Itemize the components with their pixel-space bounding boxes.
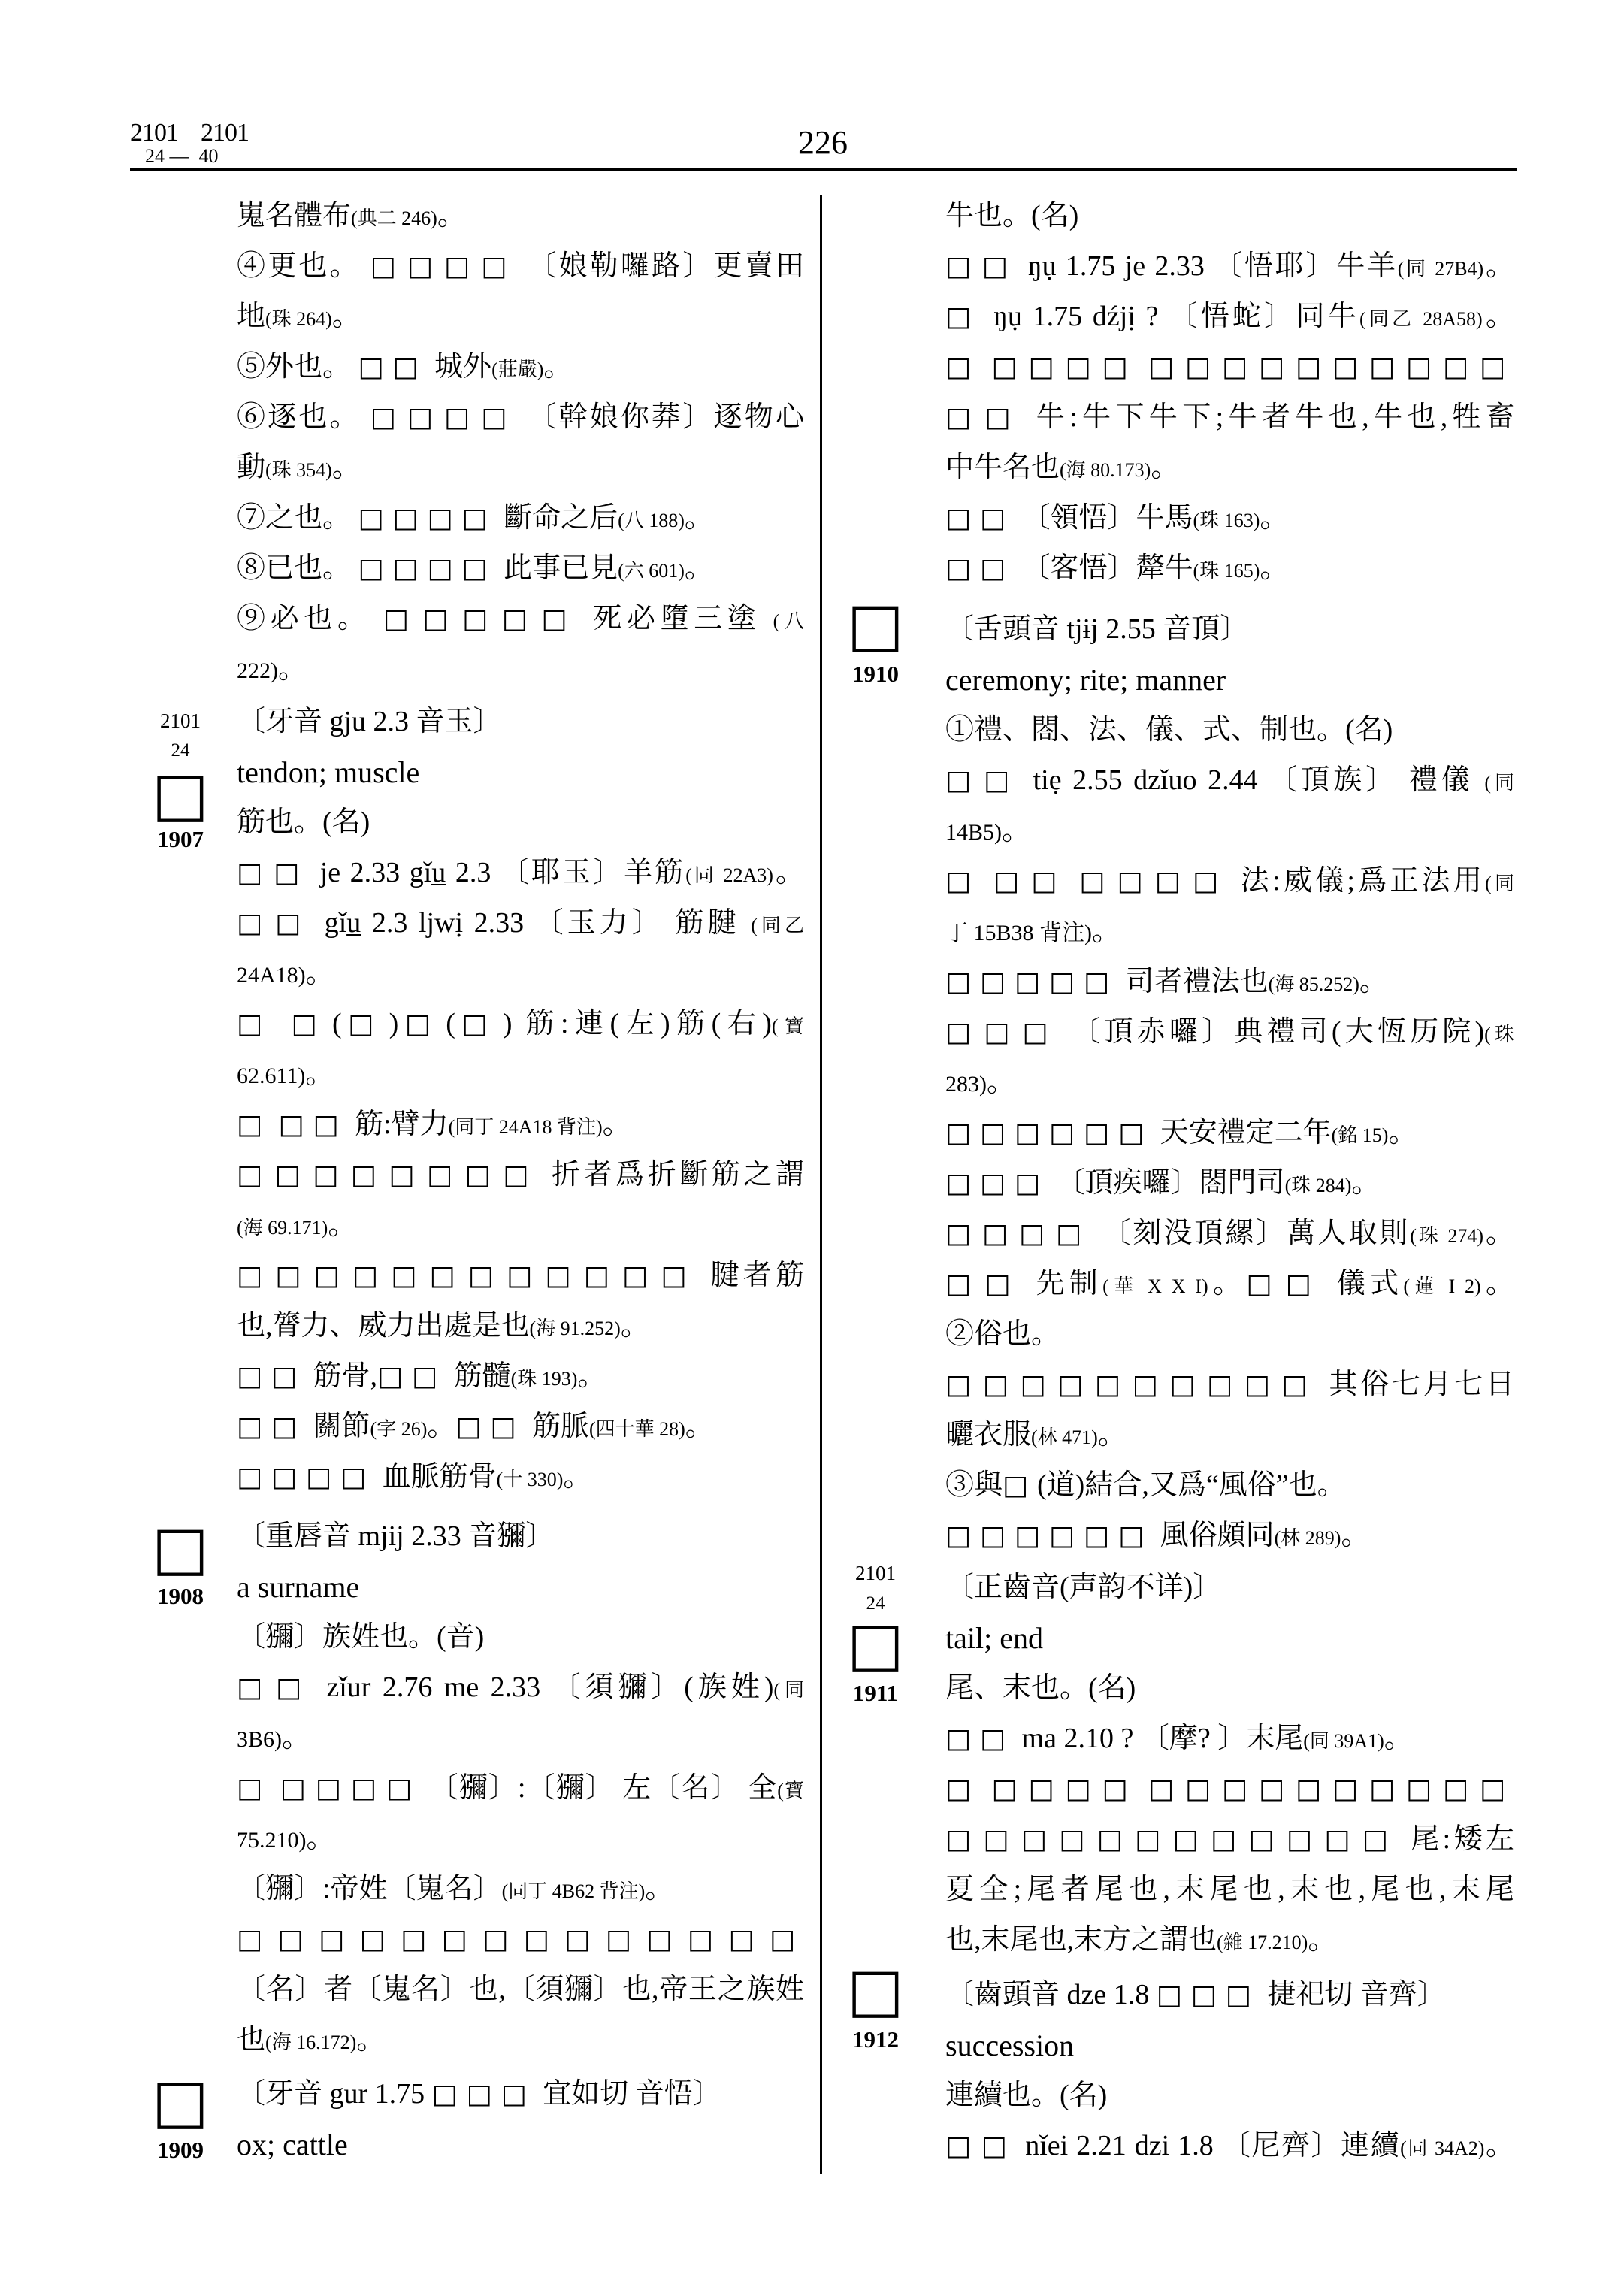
source-citation: (海 80.173) bbox=[1060, 459, 1151, 481]
definition-text: ( bbox=[446, 1008, 455, 1039]
source-citation: (珠 274) bbox=[1410, 1225, 1483, 1247]
english-gloss: ceremony; rite; manner bbox=[945, 655, 1514, 705]
tangut-characters: □□□□□□□□ bbox=[237, 1160, 541, 1190]
tangut-characters: □ bbox=[945, 352, 982, 383]
definition-text bbox=[982, 351, 992, 383]
source-citation: (典二 246) bbox=[351, 207, 437, 229]
definition-text: 斷命之后 bbox=[497, 502, 618, 534]
text-line: 中牛名也(海 80.173)。 bbox=[945, 443, 1514, 493]
source-citation: (寶 bbox=[777, 1780, 804, 1802]
text-line: □ □(□)□(□) 筋:連(左)筋(右)(寶 bbox=[237, 999, 804, 1049]
entry-1908-number: 1908 bbox=[143, 1584, 218, 1608]
tangut-characters: □□ bbox=[945, 1723, 1015, 1754]
source-citation: (林 289) bbox=[1275, 1527, 1341, 1549]
tangut-characters: □□ bbox=[237, 1672, 315, 1703]
text-line: 62.611)。 bbox=[237, 1049, 804, 1100]
tangut-characters: □□ bbox=[945, 1269, 1024, 1299]
text-line: ⑧已也。 □□□□ 此事已見(六 601)。 bbox=[237, 543, 804, 594]
entry-1911-number: 1911 bbox=[838, 1681, 913, 1705]
definition-text: 尾:矮左 bbox=[1400, 1823, 1514, 1855]
definition-text: 筋也。(名) bbox=[237, 806, 370, 838]
tangut-characters: □□□□□ bbox=[945, 967, 1118, 997]
tangut-characters: □□ bbox=[237, 1411, 306, 1442]
definition-text bbox=[982, 1773, 992, 1805]
text-line: ②俗也。 bbox=[945, 1309, 1514, 1360]
tangut-characters: □□□□ bbox=[1079, 866, 1230, 897]
pronunciation-note: 〔正齒音(声韵不详)〕 bbox=[945, 1563, 1514, 1613]
text-line: (海 69.171)。 bbox=[237, 1200, 804, 1251]
definition-text: 。 bbox=[1483, 1218, 1514, 1249]
text-line: ④更也。 □□□□ 〔娘勒囉路〕更賣田 bbox=[237, 241, 804, 292]
tangut-characters: □ bbox=[237, 1009, 278, 1039]
definition-text: 中牛名也 bbox=[945, 452, 1060, 483]
tangut-characters: □□ bbox=[945, 553, 1015, 584]
definition-text: 。 bbox=[1098, 1419, 1127, 1451]
source-citation: (字 26) bbox=[370, 1418, 428, 1440]
source-citation: (珠 193) bbox=[511, 1368, 578, 1390]
tangut-characters: □□□□□□□□□□ bbox=[1148, 352, 1514, 383]
tangut-characters: □□□□□ bbox=[383, 604, 581, 634]
entry-1910-number: 1910 bbox=[838, 662, 913, 685]
source-citation: 3B6) bbox=[237, 1727, 282, 1752]
tangut-characters: □□□□ bbox=[358, 503, 497, 534]
tangut-characters: □□ bbox=[279, 1109, 348, 1140]
definition-text: 〔頂疾囉〕閤門司 bbox=[1049, 1167, 1285, 1199]
definition-text: 。 bbox=[543, 351, 572, 383]
definition-text: 。 bbox=[1092, 915, 1120, 947]
text-line: ⑨必也。 □□□□□ 死必墮三塗 (八 bbox=[237, 594, 804, 644]
text-line: 也(海 16.172)。 bbox=[237, 2015, 804, 2065]
text-line: □□□□□ 司者禮法也(海 85.252)。 bbox=[945, 957, 1514, 1007]
entry-1911-headword: □ bbox=[838, 1620, 913, 1668]
source-citation: (林 471) bbox=[1031, 1426, 1098, 1448]
definition-text: ⑨必也。 bbox=[237, 603, 383, 634]
definition-text: gǐu̲ 2.3 ljwị 2.33 〔玉力〕 筋腱 bbox=[313, 907, 751, 939]
tangut-characters: □□ bbox=[237, 1361, 306, 1392]
tangut-characters: □□ bbox=[455, 1411, 525, 1442]
definition-text: 。 bbox=[685, 552, 713, 584]
text-line: □ □□□□ 〔獼〕:〔獼〕 左〔名〕 全(寶 bbox=[237, 1763, 804, 1814]
text-line: □□□□□□□□□□□□ 腱者筋 bbox=[237, 1251, 804, 1301]
definition-text: 也,末尾也,末方之謂也 bbox=[945, 1924, 1217, 1956]
english-gloss: succession bbox=[945, 2020, 1514, 2071]
text-line: □□ 關節(字 26)。□□ 筋脈(四十華 28)。 bbox=[237, 1402, 804, 1452]
text-line: □□ zǐur 2.76 me 2.33 〔須獼〕(族姓)(同 bbox=[237, 1662, 804, 1713]
definition-text: 。 bbox=[1260, 502, 1288, 534]
source-citation: (十 330) bbox=[497, 1469, 564, 1490]
definition-text bbox=[271, 1109, 279, 1140]
tangut-characters: □□ bbox=[358, 352, 428, 383]
tangut-characters: □□□ bbox=[945, 1017, 1061, 1048]
tangut-characters: □□□□□□□□□□□□□□ bbox=[237, 1924, 804, 1955]
tangut-characters: □ bbox=[455, 1009, 503, 1039]
text-line: ⑦之也。 □□□□ 斷命之后(八 188)。 bbox=[237, 493, 804, 543]
source-citation: (同 34A2) bbox=[1400, 2137, 1484, 2159]
pronunciation-text: 〔舌頭音 tjɨj 2.55 音頂〕 bbox=[945, 613, 1248, 645]
definition-text: 先制 bbox=[1024, 1268, 1102, 1299]
text-line: □□□□□□□□□□□□ 尾:矮左 bbox=[945, 1814, 1514, 1865]
header-range-top: 2101 2101 bbox=[130, 120, 249, 146]
definition-text: tiẹ 2.55 dzǐuo 2.44 〔頂族〕 禮儀 bbox=[1022, 764, 1484, 796]
entry-1911-code-top: 2101 bbox=[838, 1563, 913, 1584]
definition-text bbox=[278, 1008, 292, 1039]
text-line: □□□ 〔頂赤囉〕典禮司(大恆历院)(珠 bbox=[945, 1007, 1514, 1057]
left-column: 嵬名體布(典二 246)。 ④更也。 □□□□ 〔娘勒囉路〕更賣田 地(珠 26… bbox=[237, 191, 804, 2170]
definition-text: 。 bbox=[306, 957, 334, 989]
text-line: □ □□ □□□□ 法:威儀;爲正法用(同 bbox=[945, 856, 1514, 906]
text-line: 曬衣服(林 471)。 bbox=[945, 1410, 1514, 1460]
text-line: □□ 〔領悟〕牛馬(珠 163)。 bbox=[945, 493, 1514, 543]
tangut-characters: □□□ bbox=[432, 2079, 536, 2110]
entry-1912-number: 1912 bbox=[838, 2028, 913, 2051]
tangut-characters: □□□□□□ bbox=[945, 1118, 1153, 1148]
definition-text: ) bbox=[389, 1008, 399, 1039]
text-line: □□ 牛:牛下牛下;牛者牛也,牛也,牲畜 bbox=[945, 392, 1514, 443]
text-line: □□□□ 血脈筋骨(十 330)。 bbox=[237, 1452, 804, 1502]
definition-text: 筋髓 bbox=[446, 1360, 511, 1392]
source-citation: (同乙 28A58) bbox=[1359, 308, 1483, 330]
definition-text: (道)結合,又爲“風俗”也。 bbox=[1037, 1469, 1346, 1501]
text-line: □ ŋụ 1.75 dźjị ? 〔悟蛇〕同牛(同乙 28A58)。 bbox=[945, 292, 1514, 342]
entry-1912-headword: □ bbox=[838, 1966, 913, 2014]
definition-text: 。 bbox=[603, 1109, 631, 1140]
right-column: 牛也。(名) □□ ŋụ 1.75 je 2.33 〔悟耶〕牛羊(同 27B4)… bbox=[945, 191, 1514, 2171]
tangut-characters: □□ bbox=[945, 251, 1019, 282]
dictionary-entry-1909: 〔牙音 gur 1.75 □□□ 宜如切 音悟〕 ox; cattle bbox=[237, 2069, 804, 2170]
text-line: 連續也。(名) bbox=[945, 2071, 1514, 2121]
definition-text: 。 bbox=[1341, 1520, 1369, 1551]
definition-text: 〔獼〕族姓也。(音) bbox=[237, 1621, 484, 1653]
dictionary-entry-1908: 〔重唇音 mjij 2.33 音獼〕 a surname 〔獼〕族姓也。(音) … bbox=[237, 1511, 804, 2065]
definition-text: 司者禮法也 bbox=[1118, 966, 1269, 997]
definition-text: 風俗頗同 bbox=[1153, 1520, 1275, 1551]
english-gloss: tendon; muscle bbox=[237, 747, 804, 797]
definition-text: ⑦之也。 bbox=[237, 502, 358, 534]
source-citation: (八 188) bbox=[618, 510, 685, 531]
text-line: □□ tiẹ 2.55 dzǐuo 2.44 〔頂族〕 禮儀 (同 bbox=[945, 755, 1514, 806]
tangut-characters: □ bbox=[342, 1009, 389, 1039]
text-line: □□□ 〔頂疾囉〕閤門司(珠 284)。 bbox=[945, 1158, 1514, 1209]
source-citation: (同乙 bbox=[751, 915, 804, 936]
dictionary-entry-1911: 〔正齒音(声韵不详)〕 tail; end 尾、末也。(名) □□ ma 2.1… bbox=[945, 1563, 1514, 1965]
text-line: □□□□□□ 風俗頗同(林 289)。 bbox=[945, 1511, 1514, 1561]
definition-text: je 2.33 gǐu̲ 2.3 〔耶玉〕羊筋 bbox=[310, 857, 685, 888]
definition-text: ①禮、閤、法、儀、式、制也。(名) bbox=[945, 714, 1393, 746]
tangut-characters: □□□ bbox=[1157, 1980, 1260, 2010]
definition-text: 〔獼〕:帝姓〔嵬名〕 bbox=[237, 1873, 502, 1904]
source-citation: 丁 15B38 背注) bbox=[945, 921, 1092, 945]
definition-text bbox=[1069, 865, 1079, 897]
pronunciation-note: 〔舌頭音 tjɨj 2.55 音頂〕 bbox=[945, 604, 1514, 655]
definition-text: 。 bbox=[278, 653, 307, 685]
definition-text: 。 bbox=[645, 1873, 673, 1904]
source-citation: 24A18) bbox=[237, 963, 306, 988]
source-citation: (華 X X I) bbox=[1102, 1275, 1208, 1297]
definition-text: ⑥逐也。 bbox=[237, 401, 370, 433]
pronunciation-note: 〔重唇音 mjij 2.33 音獼〕 bbox=[237, 1511, 804, 1562]
definition-text: 。 bbox=[328, 1209, 356, 1241]
text-line: 也,膂力、威力出處是也(海 91.252)。 bbox=[237, 1301, 804, 1351]
text-line: 尾、末也。(名) bbox=[945, 1663, 1514, 1714]
entry-1906-continuation: 嵬名體布(典二 246)。 ④更也。 □□□□ 〔娘勒囉路〕更賣田 地(珠 26… bbox=[237, 191, 804, 694]
definition-text: 〔領悟〕牛馬 bbox=[1015, 502, 1193, 534]
definition-text: 。 bbox=[577, 1360, 606, 1392]
text-line: □□ 筋骨,□□ 筋髓(珠 193)。 bbox=[237, 1351, 804, 1402]
pronunciation-text: 〔牙音 gju 2.3 音玉〕 bbox=[237, 706, 502, 737]
definition-text: zǐur 2.76 me 2.33 〔須獼〕(族姓) bbox=[315, 1671, 774, 1703]
page-number: 226 bbox=[798, 126, 848, 159]
p ronunciation-text: 〔重唇音 mjij 2.33 音獼〕 bbox=[237, 1520, 554, 1552]
text-line: □□□□ 〔刻没頂縲〕萬人取則(珠 274)。 bbox=[945, 1209, 1514, 1259]
definition-text: 。 bbox=[307, 1823, 335, 1854]
tangut-characters: □□ bbox=[945, 402, 1024, 433]
text-line: 14B5)。 bbox=[945, 806, 1514, 856]
entry-1909-headword: □ bbox=[143, 2077, 218, 2125]
text-line: 夏全;尾者尾也,末尾也,末也,尾也,末尾 bbox=[945, 1865, 1514, 1915]
dictionary-entry-1907: 〔牙音 gju 2.3 音玉〕 tendon; muscle 筋也。(名) □□… bbox=[237, 697, 804, 1502]
tangut-characters: □□□□ bbox=[992, 1774, 1139, 1805]
text-line: □□ 〔客悟〕犛牛(珠 165)。 bbox=[945, 543, 1514, 594]
definition-text: 〔幹娘你莽〕逐物心 bbox=[519, 401, 804, 433]
source-citation: (同 bbox=[1485, 873, 1514, 894]
entry-1910-headword: □ bbox=[838, 601, 913, 649]
text-line: □□□□□□□□□□□□□□ bbox=[237, 1914, 804, 1965]
source-citation: 62.611) bbox=[237, 1063, 305, 1088]
source-citation: 222) bbox=[237, 658, 278, 683]
text-line: 24A18)。 bbox=[237, 948, 804, 999]
entry-1909-continuation: 牛也。(名) □□ ŋụ 1.75 je 2.33 〔悟耶〕牛羊(同 27B4)… bbox=[945, 191, 1514, 594]
tangut-characters: □ bbox=[237, 1773, 272, 1804]
text-line: □□ ŋụ 1.75 je 2.33 〔悟耶〕牛羊(同 27B4)。 bbox=[945, 241, 1514, 292]
text-line: 牛也。(名) bbox=[945, 191, 1514, 241]
definition-text: 地 bbox=[237, 301, 265, 332]
tangut-characters: □ bbox=[945, 1774, 982, 1805]
tangut-characters: □□ bbox=[237, 858, 310, 888]
definition-text: 。 bbox=[305, 1058, 334, 1090]
tangut-characters: □□□□ bbox=[280, 1773, 422, 1804]
definition-text: 也 bbox=[237, 2024, 265, 2056]
tangut-characters: □□□□ bbox=[370, 251, 519, 282]
pronunciation-text: 〔齒頭音 dze 1.8 bbox=[945, 1979, 1157, 2010]
definition-text: 。 bbox=[1359, 966, 1388, 997]
text-line: □□ ma 2.10 ? 〔摩? 〕末尾(同 39A1)。 bbox=[945, 1714, 1514, 1764]
entry-1907-code-top: 2101 bbox=[143, 711, 218, 731]
definition-text bbox=[1139, 351, 1149, 383]
definition-text: 其俗七月七日 bbox=[1319, 1369, 1514, 1400]
definition-text: 〔獼〕:〔獼〕 左〔名〕 全 bbox=[422, 1772, 777, 1804]
tangut-characters: □□ bbox=[237, 908, 313, 939]
dictionary-entry-1910: 〔舌頭音 tjɨj 2.55 音頂〕 ceremony; rite; manne… bbox=[945, 604, 1514, 1561]
text-line: □ □□□□ □□□□□□□□□□ bbox=[945, 342, 1514, 392]
pronunciation-note: 〔齒頭音 dze 1.8 □□□ 捷祀切 音齊〕 bbox=[945, 1970, 1514, 2020]
definition-text: 〔名〕者〔嵬名〕也,〔須獼〕也,帝王之族姓 bbox=[237, 1974, 804, 2005]
source-citation: (雜 17.210) bbox=[1217, 1932, 1308, 1953]
definition-text: 。 bbox=[621, 1310, 649, 1342]
tangut-characters: □ bbox=[291, 1009, 332, 1039]
tangut-characters: □□□□□□□□□□ bbox=[1148, 1774, 1514, 1805]
definition-text: 。 bbox=[1484, 2130, 1514, 2162]
source-citation: (同 bbox=[773, 1679, 804, 1701]
definition-text: 筋骨, bbox=[306, 1360, 377, 1392]
definition-text: 。 bbox=[1483, 301, 1514, 332]
definition-text: ③與 bbox=[945, 1469, 1003, 1501]
source-citation: (海 91.252) bbox=[530, 1317, 621, 1339]
text-line: 嵬名體布(典二 246)。 bbox=[237, 191, 804, 241]
text-line: 283)。 bbox=[945, 1057, 1514, 1108]
definition-text: 。 bbox=[685, 1411, 714, 1442]
tangut-characters: □□ bbox=[377, 1361, 446, 1392]
tangut-characters: □ bbox=[945, 301, 983, 332]
definition-text: 嵬名體布 bbox=[237, 200, 351, 231]
source-citation: (同 27B4) bbox=[1398, 258, 1483, 280]
definition-text: 此事已見 bbox=[497, 552, 618, 584]
definition-text bbox=[272, 1772, 280, 1804]
definition-text: 。 bbox=[427, 1411, 455, 1442]
dictionary-entry-1912: 〔齒頭音 dze 1.8 □□□ 捷祀切 音齊〕 succession 連續也。… bbox=[945, 1970, 1514, 2171]
definition-text: 城外 bbox=[428, 351, 492, 383]
definition-text: 。 bbox=[437, 200, 466, 231]
english-gloss: a surname bbox=[237, 1562, 804, 1612]
tangut-characters: □□ bbox=[1246, 1269, 1325, 1299]
source-citation: (同 39A1) bbox=[1303, 1730, 1384, 1752]
tangut-characters: □□□□ bbox=[992, 352, 1139, 383]
tangut-characters: □□ bbox=[945, 503, 1015, 534]
definition-text: ŋụ 1.75 dźjị ? 〔悟蛇〕同牛 bbox=[983, 301, 1359, 332]
definition-text: ④更也。 bbox=[237, 250, 370, 282]
pronunciation-note: 〔牙音 gju 2.3 音玉〕 bbox=[237, 697, 804, 747]
definition-text: 法:威儀;爲正法用 bbox=[1230, 865, 1485, 897]
text-line: 動(珠 354)。 bbox=[237, 443, 804, 493]
definition-text: 。 bbox=[1260, 552, 1288, 584]
text-line: 也,末尾也,末方之謂也(雜 17.210)。 bbox=[945, 1915, 1514, 1965]
tangut-characters: □□□□ bbox=[358, 553, 497, 584]
source-citation: 14B5) bbox=[945, 820, 1002, 845]
definition-text: 〔頂赤囉〕典禮司(大恆历院) bbox=[1061, 1016, 1485, 1048]
text-line: 丁 15B38 背注)。 bbox=[945, 906, 1514, 957]
tangut-characters: □□ bbox=[945, 2131, 1017, 2162]
text-line: □□□□□□ 天安禮定二年(銘 15)。 bbox=[945, 1108, 1514, 1158]
definition-text: 。 bbox=[1208, 1268, 1247, 1299]
definition-text: 動 bbox=[237, 452, 265, 483]
text-line: 〔名〕者〔嵬名〕也,〔須獼〕也,帝王之族姓 bbox=[237, 1965, 804, 2015]
definition-text: ( bbox=[332, 1008, 342, 1039]
source-citation: (莊嚴) bbox=[491, 358, 543, 380]
definition-text: 。 bbox=[1481, 1268, 1514, 1299]
source-citation: (同 bbox=[1484, 772, 1514, 794]
source-citation: (珠 284) bbox=[1285, 1175, 1352, 1196]
definition-text: 。 bbox=[332, 452, 361, 483]
source-citation: (寶 bbox=[772, 1015, 804, 1037]
definition-text: 夏全;尾者尾也,末尾也,末也,尾也,末尾 bbox=[945, 1874, 1514, 1905]
source-citation: (同 22A3) bbox=[685, 864, 773, 886]
definition-text bbox=[1139, 1773, 1149, 1805]
source-citation: (蓮 I 2) bbox=[1403, 1275, 1480, 1297]
entry-1907-headword: □ bbox=[143, 770, 218, 818]
definition-text: ②俗也。 bbox=[945, 1318, 1060, 1350]
text-line: □ □□ 筋:臂力(同丁 24A18 背注)。 bbox=[237, 1100, 804, 1150]
pronunciation-text: 〔牙音 gur 1.75 bbox=[237, 2078, 432, 2110]
text-line: ⑤外也。 □□ 城外(莊嚴)。 bbox=[237, 342, 804, 392]
tangut-characters: □□□□ bbox=[945, 1218, 1093, 1249]
definition-text: 。 bbox=[332, 301, 361, 332]
entry-1907-number: 1907 bbox=[143, 827, 218, 851]
definition-text: 〔娘勒囉路〕更賣田 bbox=[519, 250, 804, 282]
source-citation: (八 bbox=[773, 610, 804, 632]
text-line: ③與□(道)結合,又爲“風俗”也。 bbox=[945, 1460, 1514, 1511]
tangut-characters: □ bbox=[237, 1109, 271, 1140]
source-citation: (六 601) bbox=[618, 560, 685, 582]
tangut-characters: □ bbox=[945, 866, 983, 897]
definition-text: ) 筋:連(左)筋(右) bbox=[503, 1008, 772, 1039]
definition-text: 筋脈 bbox=[525, 1411, 589, 1442]
tangut-characters: □□□□ bbox=[370, 402, 519, 433]
source-citation: (銘 15) bbox=[1332, 1124, 1389, 1146]
tangut-characters: □□ bbox=[945, 765, 1022, 796]
definition-text: ⑧已也。 bbox=[237, 552, 358, 584]
text-line: 75.210)。 bbox=[237, 1814, 804, 1864]
definition-text: 。 bbox=[563, 1461, 591, 1493]
definition-text: 〔客悟〕犛牛 bbox=[1015, 552, 1193, 584]
definition-text bbox=[983, 865, 993, 897]
tangut-characters: □□□□□□□□□□□□ bbox=[237, 1260, 700, 1291]
source-citation: (海 69.171) bbox=[237, 1217, 328, 1239]
text-line: 筋也。(名) bbox=[237, 797, 804, 848]
definition-text: 。 bbox=[1308, 1924, 1336, 1956]
definition-text: 。 bbox=[1388, 1117, 1417, 1148]
tangut-characters: □□□□□□□□□□ bbox=[945, 1369, 1319, 1400]
source-citation: (海 85.252) bbox=[1269, 973, 1359, 995]
definition-text: 。 bbox=[356, 2024, 385, 2056]
definition-text: 也,膂力、威力出處是也 bbox=[237, 1310, 530, 1342]
tangut-characters: □ bbox=[1003, 1470, 1037, 1501]
tangut-characters: □□□□ bbox=[237, 1462, 375, 1493]
tangut-characters: □□□□□□ bbox=[945, 1520, 1153, 1551]
tangut-characters: □□□ bbox=[945, 1168, 1049, 1199]
source-citation: (珠 165) bbox=[1193, 560, 1260, 582]
source-citation: (同丁 24A18 背注) bbox=[449, 1116, 603, 1138]
source-citation: 283) bbox=[945, 1072, 987, 1097]
pronunciation-text: 捷祀切 音齊〕 bbox=[1260, 1979, 1446, 2010]
english-gloss: tail; end bbox=[945, 1613, 1514, 1663]
definition-text: 。 bbox=[685, 502, 713, 534]
column-divider bbox=[820, 195, 822, 2174]
text-line: 〔獼〕:帝姓〔嵬名〕(同丁 4B62 背注)。 bbox=[237, 1864, 804, 1914]
definition-text: 〔刻没頂縲〕萬人取則 bbox=[1093, 1218, 1410, 1249]
source-citation: (四十華 28) bbox=[589, 1418, 685, 1440]
definition-text: ma 2.10 ? 〔摩? 〕末尾 bbox=[1015, 1723, 1303, 1754]
source-citation: 75.210) bbox=[237, 1828, 307, 1853]
tangut-characters: □□□□□□□□□□□□ bbox=[945, 1824, 1400, 1855]
definition-text: 。 bbox=[987, 1066, 1015, 1098]
pronunciation-note: 〔牙音 gur 1.75 □□□ 宜如切 音悟〕 bbox=[237, 2069, 804, 2119]
text-line: ①禮、閤、法、儀、式、制也。(名) bbox=[945, 705, 1514, 755]
pronunciation-text: 〔正齒音(声韵不详)〕 bbox=[945, 1572, 1221, 1603]
text-line: □□ gǐu̲ 2.3 ljwị 2.33 〔玉力〕 筋腱 (同乙 bbox=[237, 898, 804, 948]
definition-text: 折者爲折斷筋之謂 bbox=[541, 1159, 804, 1190]
definition-text: 。 bbox=[1384, 1723, 1413, 1754]
text-line: 地(珠 264)。 bbox=[237, 292, 804, 342]
text-line: □□ nǐei 2.21 dzi 1.8 〔尼齊〕連續(同 34A2)。 bbox=[945, 2121, 1514, 2171]
text-line: □□ 先制(華 X X I)。□□ 儀式(蓮 I 2)。 bbox=[945, 1259, 1514, 1309]
definition-text: 。 bbox=[1002, 815, 1030, 846]
header-range-bottom: 24 — 40 bbox=[145, 147, 219, 166]
definition-text: 連續也。(名) bbox=[945, 2080, 1107, 2111]
definition-text: 。 bbox=[282, 1722, 310, 1753]
entry-1907-code-bottom: 24 bbox=[143, 741, 218, 760]
definition-text: 尾、末也。(名) bbox=[945, 1672, 1136, 1704]
source-citation: (同丁 4B62 背注) bbox=[502, 1880, 646, 1902]
text-line: □□ je 2.33 gǐu̲ 2.3 〔耶玉〕羊筋(同 22A3)。 bbox=[237, 848, 804, 898]
